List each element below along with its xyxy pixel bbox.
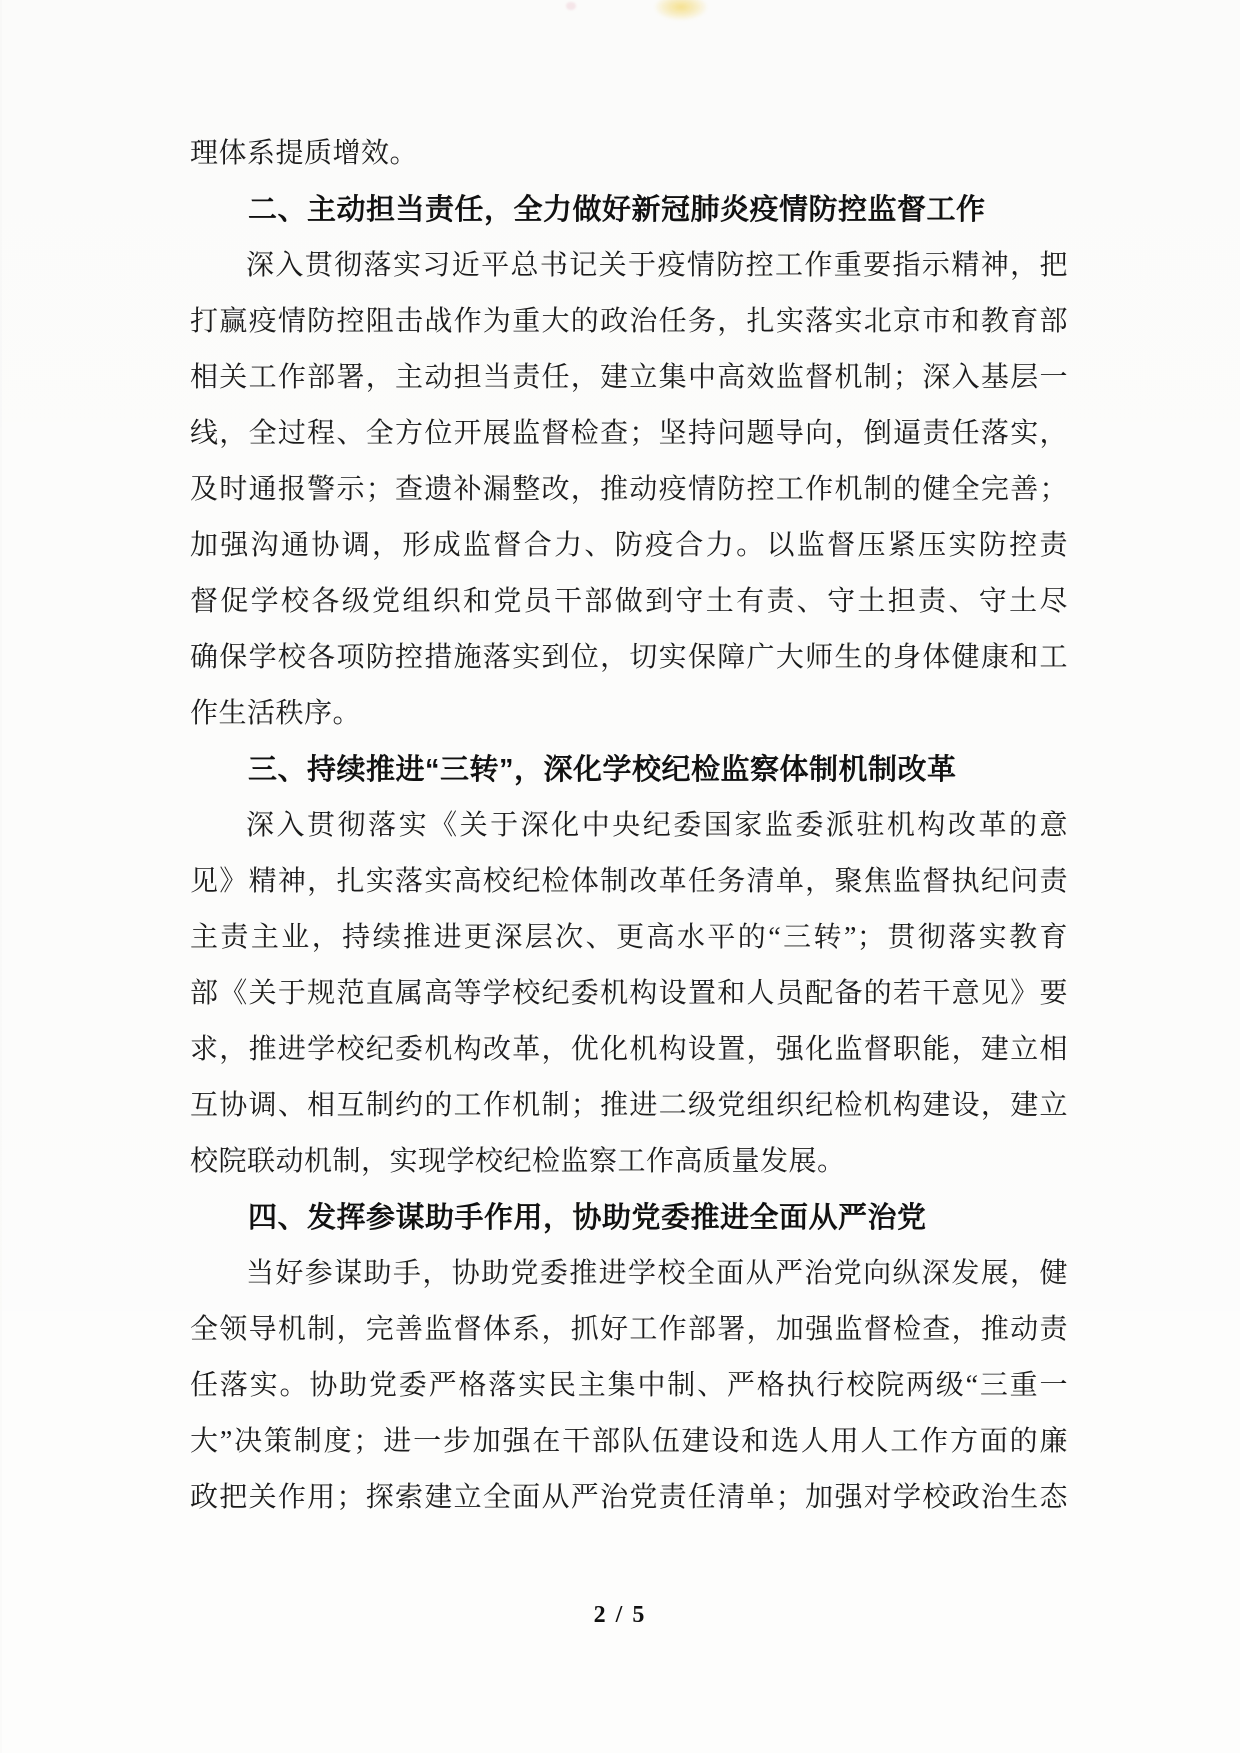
body-line: 求，推进学校纪委机构改革，优化机构设置，强化监督职能，建立相 — [190, 1022, 1068, 1078]
scan-smudge-yellow — [655, 0, 707, 20]
body-line: 督促学校各级党组织和党员干部做到守土有责、守土担责、守土尽责， — [190, 574, 1068, 630]
body-line: 理体系提质增效。 — [190, 126, 1068, 182]
body-line: 见》精神，扎实落实高校纪检体制改革任务清单，聚焦监督执纪问责 — [190, 854, 1068, 910]
section-heading: 三、持续推进“三转”，深化学校纪检监察体制机制改革 — [190, 742, 1068, 798]
body-line: 相关工作部署，主动担当责任，建立集中高效监督机制；深入基层一 — [190, 350, 1068, 406]
body-line: 确保学校各项防控措施落实到位，切实保障广大师生的身体健康和工 — [190, 630, 1068, 686]
document-body: 理体系提质增效。二、主动担当责任，全力做好新冠肺炎疫情防控监督工作深入贯彻落实习… — [190, 126, 1068, 1526]
body-line: 主责主业，持续推进更深层次、更高水平的“三转”；贯彻落实教育 — [190, 910, 1068, 966]
body-line: 校院联动机制，实现学校纪检监察工作高质量发展。 — [190, 1134, 1068, 1190]
body-line: 及时通报警示；查遗补漏整改，推动疫情防控工作机制的健全完善； — [190, 462, 1068, 518]
section-heading: 二、主动担当责任，全力做好新冠肺炎疫情防控监督工作 — [190, 182, 1068, 238]
body-line: 深入贯彻落实习近平总书记关于疫情防控工作重要指示精神，把 — [190, 238, 1068, 294]
section-heading: 四、发挥参谋助手作用，协助党委推进全面从严治党 — [190, 1190, 1068, 1246]
document-page: 理体系提质增效。二、主动担当责任，全力做好新冠肺炎疫情防控监督工作深入贯彻落实习… — [0, 0, 1240, 1753]
scan-smudge-pink — [566, 2, 576, 10]
body-line: 加强沟通协调，形成监督合力、防疫合力。以监督压紧压实防控责任， — [190, 518, 1068, 574]
body-line: 当好参谋助手，协助党委推进学校全面从严治党向纵深发展，健 — [190, 1246, 1068, 1302]
body-line: 作生活秩序。 — [190, 686, 1068, 742]
body-line: 部《关于规范直属高等学校纪委机构设置和人员配备的若干意见》要 — [190, 966, 1068, 1022]
body-line: 深入贯彻落实《关于深化中央纪委国家监委派驻机构改革的意 — [190, 798, 1068, 854]
body-line: 任落实。协助党委严格落实民主集中制、严格执行校院两级“三重一 — [190, 1358, 1068, 1414]
body-line: 线，全过程、全方位开展监督检查；坚持问题导向，倒逼责任落实， — [190, 406, 1068, 462]
body-line: 打赢疫情防控阻击战作为重大的政治任务，扎实落实北京市和教育部 — [190, 294, 1068, 350]
page-number: 2 / 5 — [0, 1602, 1240, 1629]
body-line: 大”决策制度；进一步加强在干部队伍建设和选人用人工作方面的廉 — [190, 1414, 1068, 1470]
body-line: 政把关作用；探索建立全面从严治党责任清单；加强对学校政治生态 — [190, 1470, 1068, 1526]
body-line: 互协调、相互制约的工作机制；推进二级党组织纪检机构建设，建立 — [190, 1078, 1068, 1134]
body-line: 全领导机制，完善监督体系，抓好工作部署，加强监督检查，推动责 — [190, 1302, 1068, 1358]
